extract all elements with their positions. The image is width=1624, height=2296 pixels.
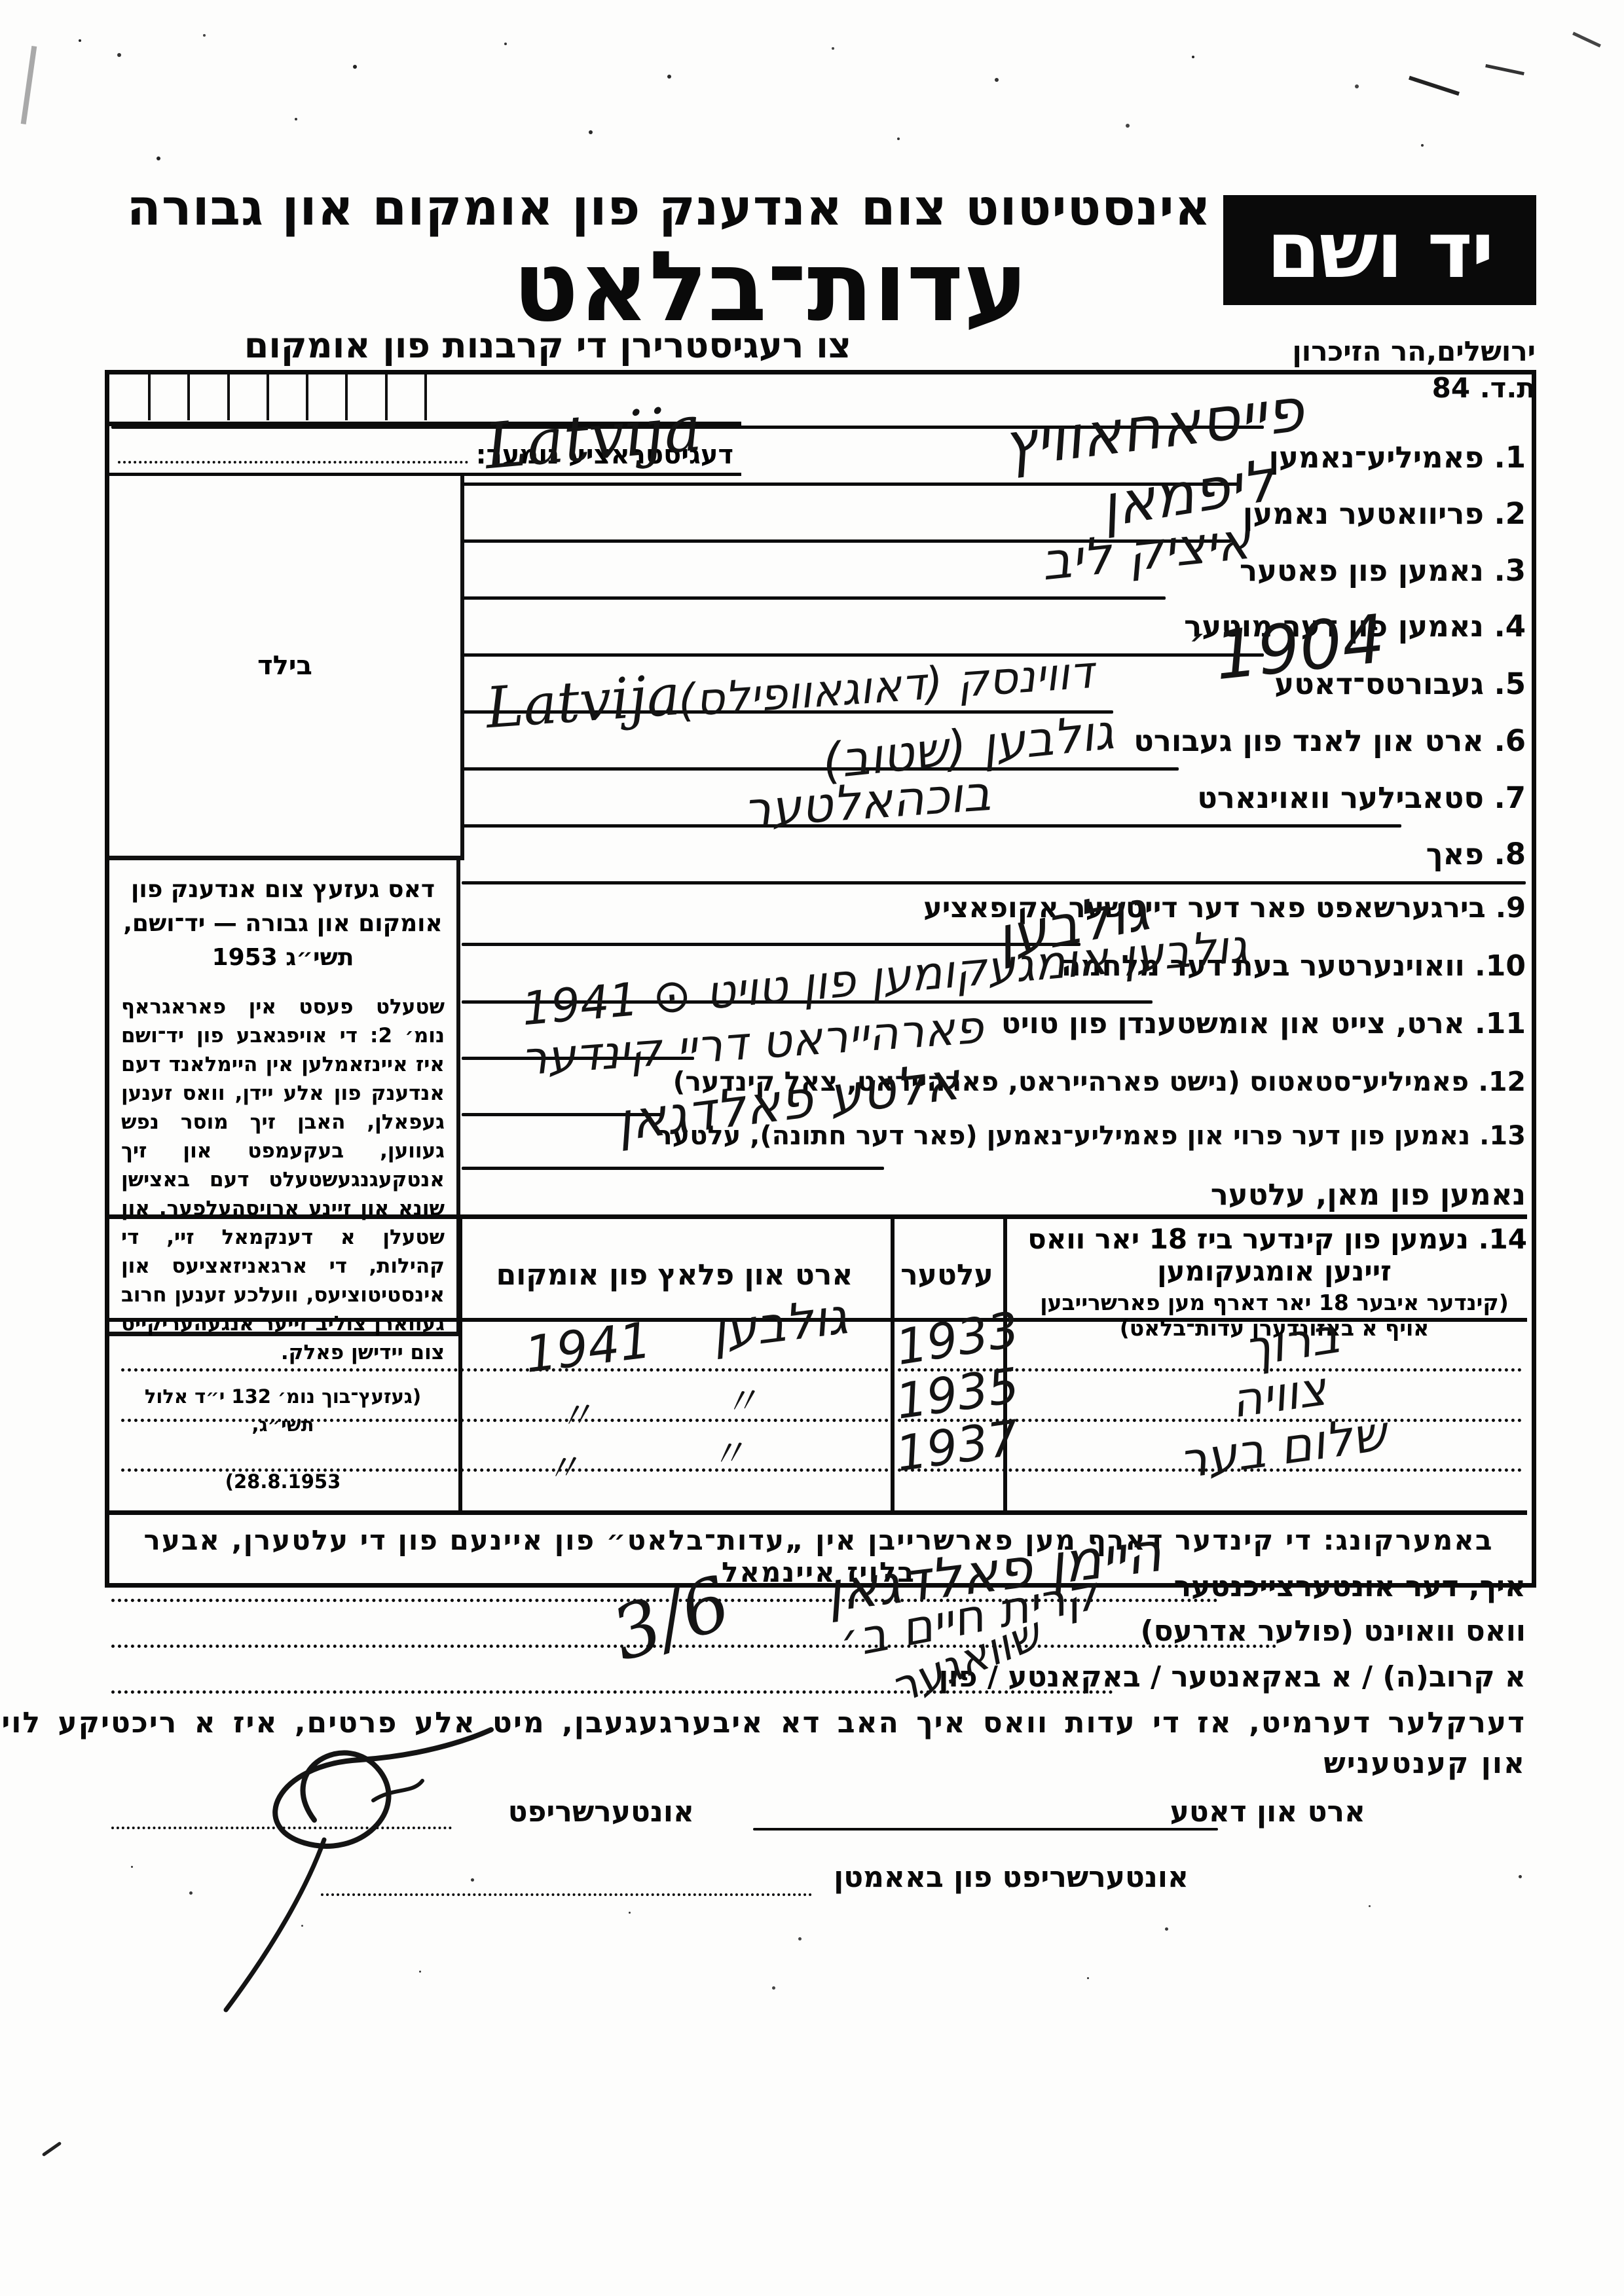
field-label-11: 11. ארט, צייט און אומשטענדן פון טויט bbox=[1001, 1007, 1526, 1040]
field-rule bbox=[462, 596, 1166, 600]
field-label-14-line2: זיינען אומגעקומען bbox=[1022, 1255, 1527, 1287]
reg-cell bbox=[424, 374, 464, 420]
field-label-7: 7. סטאבילער וואוינארט bbox=[1197, 780, 1526, 815]
scan-streak-4 bbox=[21, 46, 37, 124]
testimony-page-scan: יד ושם ירושלים,הר הזיכרון ת.ד. 84 אינסטי… bbox=[0, 0, 1624, 2296]
signature-label: אונטערשריפט bbox=[508, 1795, 694, 1829]
reg-cell bbox=[187, 374, 227, 420]
reg-cell bbox=[227, 374, 267, 420]
handwriting-mother-mark: ׳ bbox=[1189, 619, 1206, 667]
scan-mark-bottom-left bbox=[42, 2141, 62, 2157]
field-rule bbox=[462, 653, 1264, 657]
address-label: וואס וואוינט (פולער אדרעס) bbox=[1141, 1614, 1526, 1648]
field-label-14-line1: 14. נעמען פון קינדער ביז 18 יאר וואס bbox=[1022, 1223, 1527, 1255]
reg-cell bbox=[345, 374, 384, 420]
scan-streak-2 bbox=[1485, 64, 1524, 75]
field-label-6: 6. ארט און לאנד פון געבורט bbox=[1134, 723, 1526, 758]
declarant-label: איך, דער אונטערצייכנטער bbox=[1174, 1570, 1526, 1603]
law-title: דאס געזעץ צום אנדענק פון אומקום און גבור… bbox=[121, 873, 445, 975]
place-date-blank bbox=[753, 1828, 1218, 1831]
field-14-note-line1: (קינדער איבער 18 יאר דארף מען פארשרייבען bbox=[1022, 1290, 1527, 1315]
signature-flourish bbox=[177, 1702, 517, 2016]
husband-row-label: נאמען פון מאן, עלטער bbox=[1211, 1177, 1526, 1212]
logo-caption-city: ירושלים,הר הזיכרון bbox=[1292, 335, 1536, 367]
reg-cell bbox=[306, 374, 345, 420]
field-label-3: 3. נאמען פון פאטער bbox=[1240, 553, 1526, 588]
law-body: שטעלט פעסט אין פאראגראף נומ׳ 2: די אויפג… bbox=[121, 993, 445, 1367]
field-rule bbox=[462, 1167, 884, 1170]
yad-vashem-logo: יד ושם bbox=[1223, 195, 1536, 305]
scan-streak-1 bbox=[1409, 76, 1460, 96]
reg-cell bbox=[111, 374, 148, 420]
handwriting-birth-country: Latvija bbox=[484, 663, 682, 741]
declaration-statement-line2: און קענטעניש bbox=[1323, 1747, 1526, 1780]
scan-noise-top bbox=[79, 39, 81, 42]
field-label-8: 8. פאך bbox=[1426, 837, 1526, 871]
photo-box: בילד bbox=[109, 476, 464, 860]
relation-blank bbox=[111, 1690, 1113, 1694]
page-subtitle: צו רעגיסטרירן די קרבנות פון אומקום bbox=[393, 325, 851, 366]
place-date-label: ארט און דאטע bbox=[1170, 1795, 1365, 1829]
reg-cell bbox=[267, 374, 306, 420]
reg-cell bbox=[148, 374, 187, 420]
law-source: (געזעץ־בוך נומ׳ 132 י״ד אלול תשי״ג, 28.8… bbox=[121, 1383, 445, 1497]
institute-title: אינסטיטוט צום אנדענק פון אומקום און גבור… bbox=[127, 178, 1211, 236]
field-label-1: 1. פאמיליע־נאמען bbox=[1269, 440, 1526, 475]
law-sidebar: דאס געזעץ צום אנדענק פון אומקום און גבור… bbox=[109, 856, 460, 1336]
relation-label: א קרוב(ה) / א באקאנטער / באקאנטע / פון bbox=[938, 1660, 1526, 1694]
table-top-border bbox=[109, 1214, 1527, 1219]
law-source-line2: 28.8.1953) bbox=[225, 1470, 341, 1493]
yad-vashem-logo-text: יד ושם bbox=[1266, 205, 1492, 295]
photo-box-label: בילד bbox=[257, 651, 312, 681]
scan-noise-bottom bbox=[131, 1866, 133, 1868]
registration-number-blank bbox=[118, 432, 468, 464]
field-rule bbox=[462, 881, 1526, 884]
official-signature-label: אונטערשריפט פון באאמטן bbox=[834, 1861, 1189, 1894]
field-label-2: 2. פריוואטער נאמען bbox=[1243, 496, 1526, 531]
place-column-header: ארט און פלאץ פון אומקום bbox=[458, 1258, 891, 1292]
table-bottom-border bbox=[109, 1510, 1527, 1515]
age-column-header: עלטער bbox=[891, 1258, 1003, 1292]
scan-streak-3 bbox=[1572, 32, 1601, 48]
law-source-line1: (געזעץ־בוך נומ׳ 132 י״ד אלול תשי״ג, bbox=[145, 1385, 421, 1436]
registration-number-cells bbox=[111, 374, 464, 420]
field-rule bbox=[462, 767, 1179, 771]
reg-cell bbox=[385, 374, 424, 420]
